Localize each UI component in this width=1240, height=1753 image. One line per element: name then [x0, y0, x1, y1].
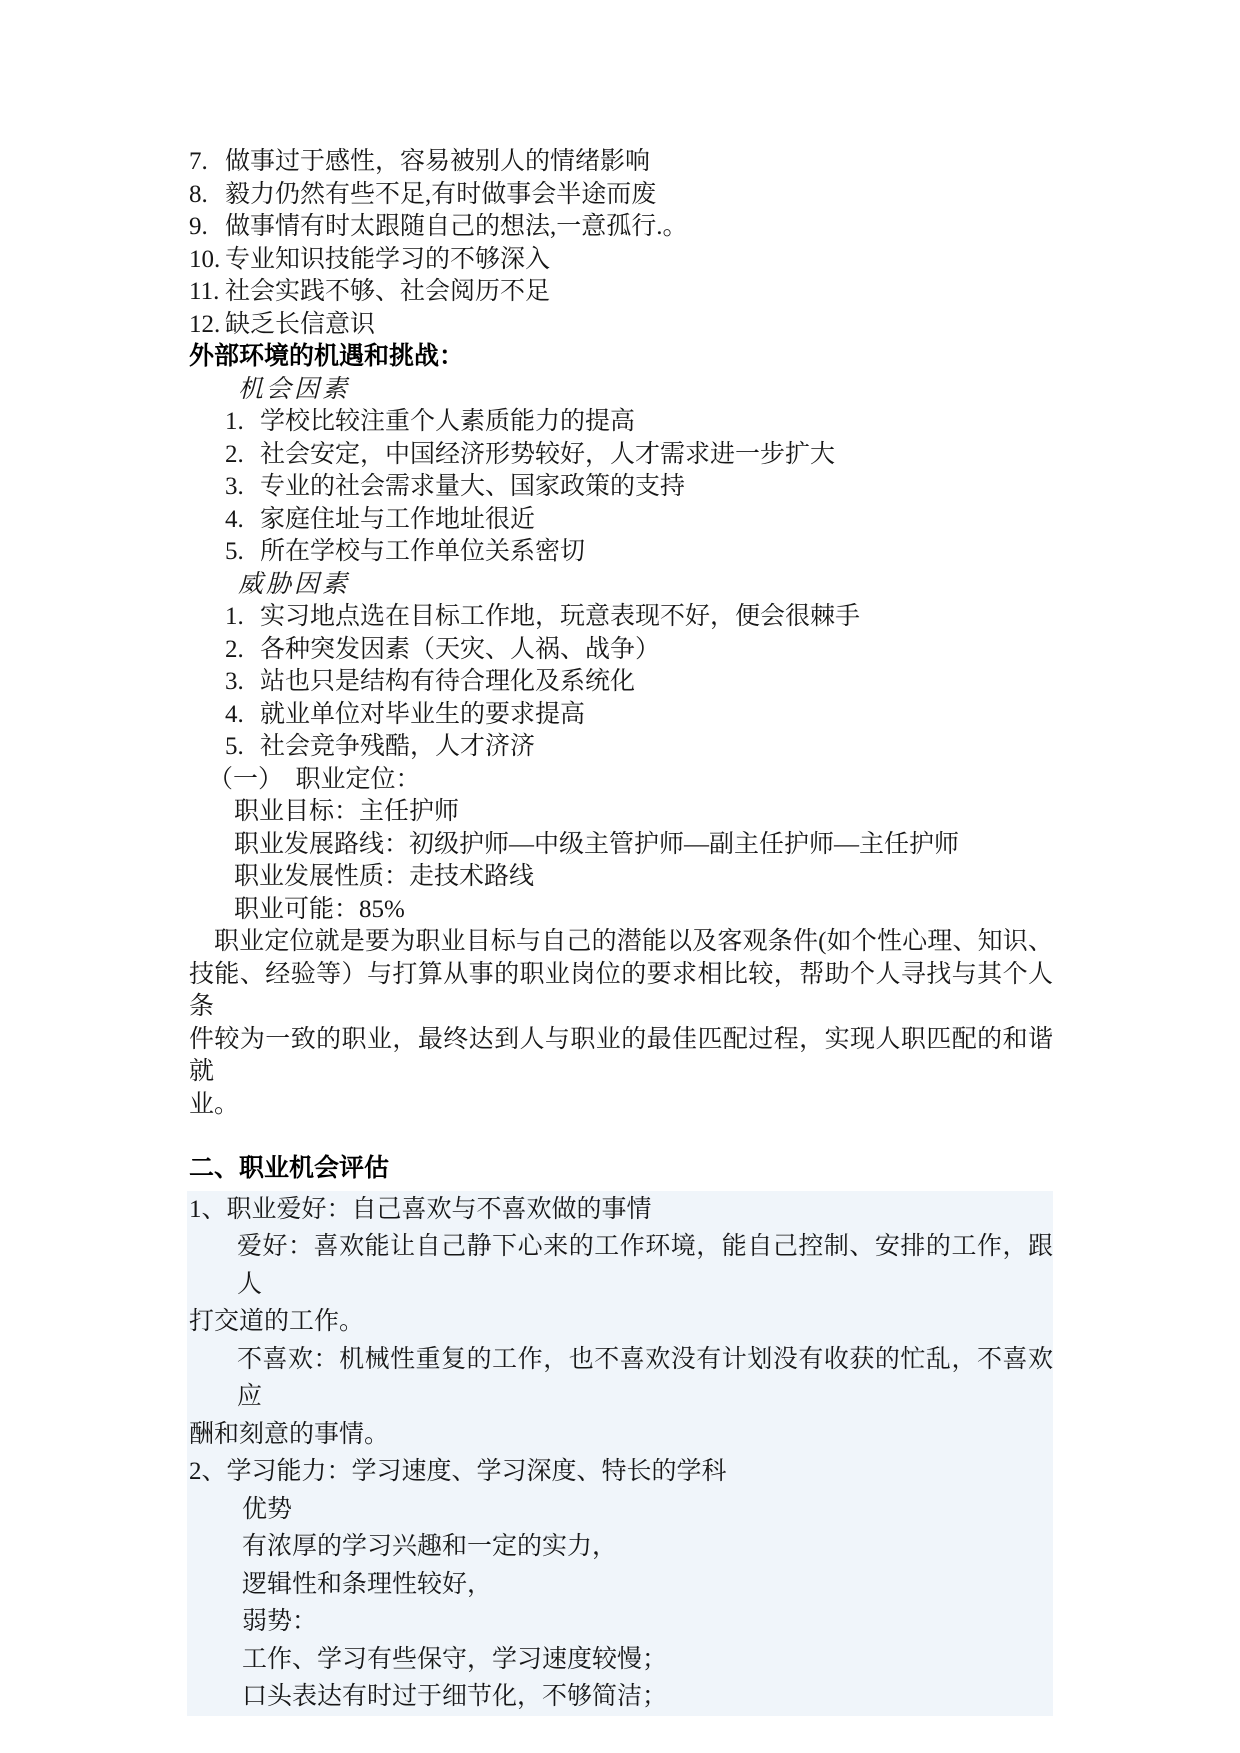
list-number: 2.: [225, 439, 260, 472]
list-text: 就业单位对毕业生的要求提高: [260, 701, 585, 728]
career-goal-line: 职业目标：主任护师: [189, 796, 1053, 829]
list-text: 各种突发因素（天灾、人祸、战争）: [260, 636, 660, 663]
list-number: 8.: [189, 179, 225, 212]
document-main-text: 7.做事过于感性，容易被别人的情绪影响8.毅力仍然有些不足,有时做事会半途而废9…: [189, 146, 1053, 1186]
label-strengths: 优势: [189, 1491, 1053, 1529]
list-number: 5.: [225, 731, 260, 764]
list-text: 专业知识技能学习的不够深入: [225, 246, 550, 273]
weakness-item: 10.专业知识技能学习的不够深入: [189, 244, 1053, 277]
list-number: 7.: [189, 146, 225, 179]
document-body: 7.做事过于感性，容易被别人的情绪影响8.毅力仍然有些不足,有时做事会半途而废9…: [189, 146, 1053, 1716]
likes-paragraph-line: 打交道的工作。: [189, 1303, 1053, 1341]
threat-item: 5.社会竞争残酷，人才济济: [189, 731, 1053, 764]
weakness-item: 7.做事过于感性，容易被别人的情绪影响: [189, 146, 1053, 179]
list-number: 4.: [225, 699, 260, 732]
opportunity-item: 1.学校比较注重个人素质能力的提高: [189, 406, 1053, 439]
document-page: { "page": { "background": "#ffffff", "te…: [0, 0, 1240, 1753]
label-opportunity-factors: 机会因素: [189, 374, 1053, 407]
list-number: 2.: [225, 634, 260, 667]
career-probability-line: 职业可能：85%: [189, 894, 1053, 927]
weakness-line: 工作、学习有些保守，学习速度较慢；: [189, 1641, 1053, 1679]
career-interest-line: 1、职业爱好：自己喜欢与不喜欢做的事情: [189, 1191, 1053, 1229]
list-number: 5.: [225, 536, 260, 569]
heading-external-environment: 外部环境的机遇和挑战：: [189, 341, 1053, 374]
list-text: 社会实践不够、社会阅历不足: [225, 278, 550, 305]
career-path-line: 职业发展路线：初级护师—中级主管护师—副主任护师—主任护师: [189, 829, 1053, 862]
list-number: 12.: [189, 309, 225, 342]
list-text: 实习地点选在目标工作地，玩意表现不好，便会很棘手: [260, 603, 860, 630]
list-text: 站也只是结构有待合理化及系统化: [260, 668, 635, 695]
subheading-career-positioning: （一） 职业定位：: [189, 764, 1053, 797]
label-weaknesses: 弱势：: [189, 1603, 1053, 1641]
highlighted-section: 1、职业爱好：自己喜欢与不喜欢做的事情爱好：喜欢能让自己静下心来的工作环境，能自…: [187, 1191, 1053, 1716]
list-text: 专业的社会需求量大、国家政策的支持: [260, 473, 685, 500]
positioning-paragraph-line: 职业定位就是要为职业目标与自己的潜能以及客观条件(如个性心理、知识、: [189, 926, 1053, 959]
dislikes-paragraph-line: 不喜欢：机械性重复的工作，也不喜欢没有计划没有收获的忙乱，不喜欢应: [189, 1341, 1053, 1416]
list-number: 1.: [225, 406, 260, 439]
likes-paragraph-line: 爱好：喜欢能让自己静下心来的工作环境，能自己控制、安排的工作，跟人: [189, 1228, 1053, 1303]
list-text: 家庭住址与工作地址很近: [260, 506, 535, 533]
list-number: 1.: [225, 601, 260, 634]
list-number: 10.: [189, 244, 225, 277]
list-number: 9.: [189, 211, 225, 244]
weakness-item: 9.做事情有时太跟随自己的想法,一意孤行.。: [189, 211, 1053, 244]
weakness-line: 口头表达有时过于细节化，不够简洁；: [189, 1678, 1053, 1716]
list-text: 社会安定，中国经济形势较好，人才需求进一步扩大: [260, 441, 835, 468]
list-number: 3.: [225, 666, 260, 699]
list-number: 11.: [189, 276, 225, 309]
list-text: 做事情有时太跟随自己的想法,一意孤行.。: [225, 213, 688, 240]
opportunity-item: 3.专业的社会需求量大、国家政策的支持: [189, 471, 1053, 504]
threat-item: 3.站也只是结构有待合理化及系统化: [189, 666, 1053, 699]
strength-line: 有浓厚的学习兴趣和一定的实力，: [189, 1528, 1053, 1566]
list-number: 3.: [225, 471, 260, 504]
strength-line: 逻辑性和条理性较好，: [189, 1566, 1053, 1604]
weakness-item: 11.社会实践不够、社会阅历不足: [189, 276, 1053, 309]
threat-item: 2.各种突发因素（天灾、人祸、战争）: [189, 634, 1053, 667]
list-text: 所在学校与工作单位关系密切: [260, 538, 585, 565]
weakness-item: 8.毅力仍然有些不足,有时做事会半途而废: [189, 179, 1053, 212]
opportunity-item: 5.所在学校与工作单位关系密切: [189, 536, 1053, 569]
career-nature-line: 职业发展性质：走技术路线: [189, 861, 1053, 894]
opportunity-item: 4.家庭住址与工作地址很近: [189, 504, 1053, 537]
positioning-paragraph-line: 技能、经验等）与打算从事的职业岗位的要求相比较，帮助个人寻找与其个人条: [189, 959, 1053, 1024]
list-text: 社会竞争残酷，人才济济: [260, 733, 535, 760]
threat-item: 1.实习地点选在目标工作地，玩意表现不好，便会很棘手: [189, 601, 1053, 634]
list-text: 缺乏长信意识: [225, 311, 375, 338]
list-text: 做事过于感性，容易被别人的情绪影响: [225, 148, 650, 175]
opportunity-item: 2.社会安定，中国经济形势较好，人才需求进一步扩大: [189, 439, 1053, 472]
learning-ability-line: 2、学习能力：学习速度、学习深度、特长的学科: [189, 1453, 1053, 1491]
weakness-item: 12.缺乏长信意识: [189, 309, 1053, 342]
positioning-paragraph-line: 件较为一致的职业，最终达到人与职业的最佳匹配过程，实现人职匹配的和谐就: [189, 1024, 1053, 1089]
label-threat-factors: 威胁因素: [189, 569, 1053, 602]
list-number: 4.: [225, 504, 260, 537]
positioning-paragraph-line: 业。: [189, 1089, 1053, 1122]
list-text: 学校比较注重个人素质能力的提高: [260, 408, 635, 435]
heading-career-opportunity-assessment: 二、职业机会评估: [189, 1153, 1053, 1186]
dislikes-paragraph-line: 酬和刻意的事情。: [189, 1416, 1053, 1454]
threat-item: 4.就业单位对毕业生的要求提高: [189, 699, 1053, 732]
list-text: 毅力仍然有些不足,有时做事会半途而废: [225, 181, 656, 208]
